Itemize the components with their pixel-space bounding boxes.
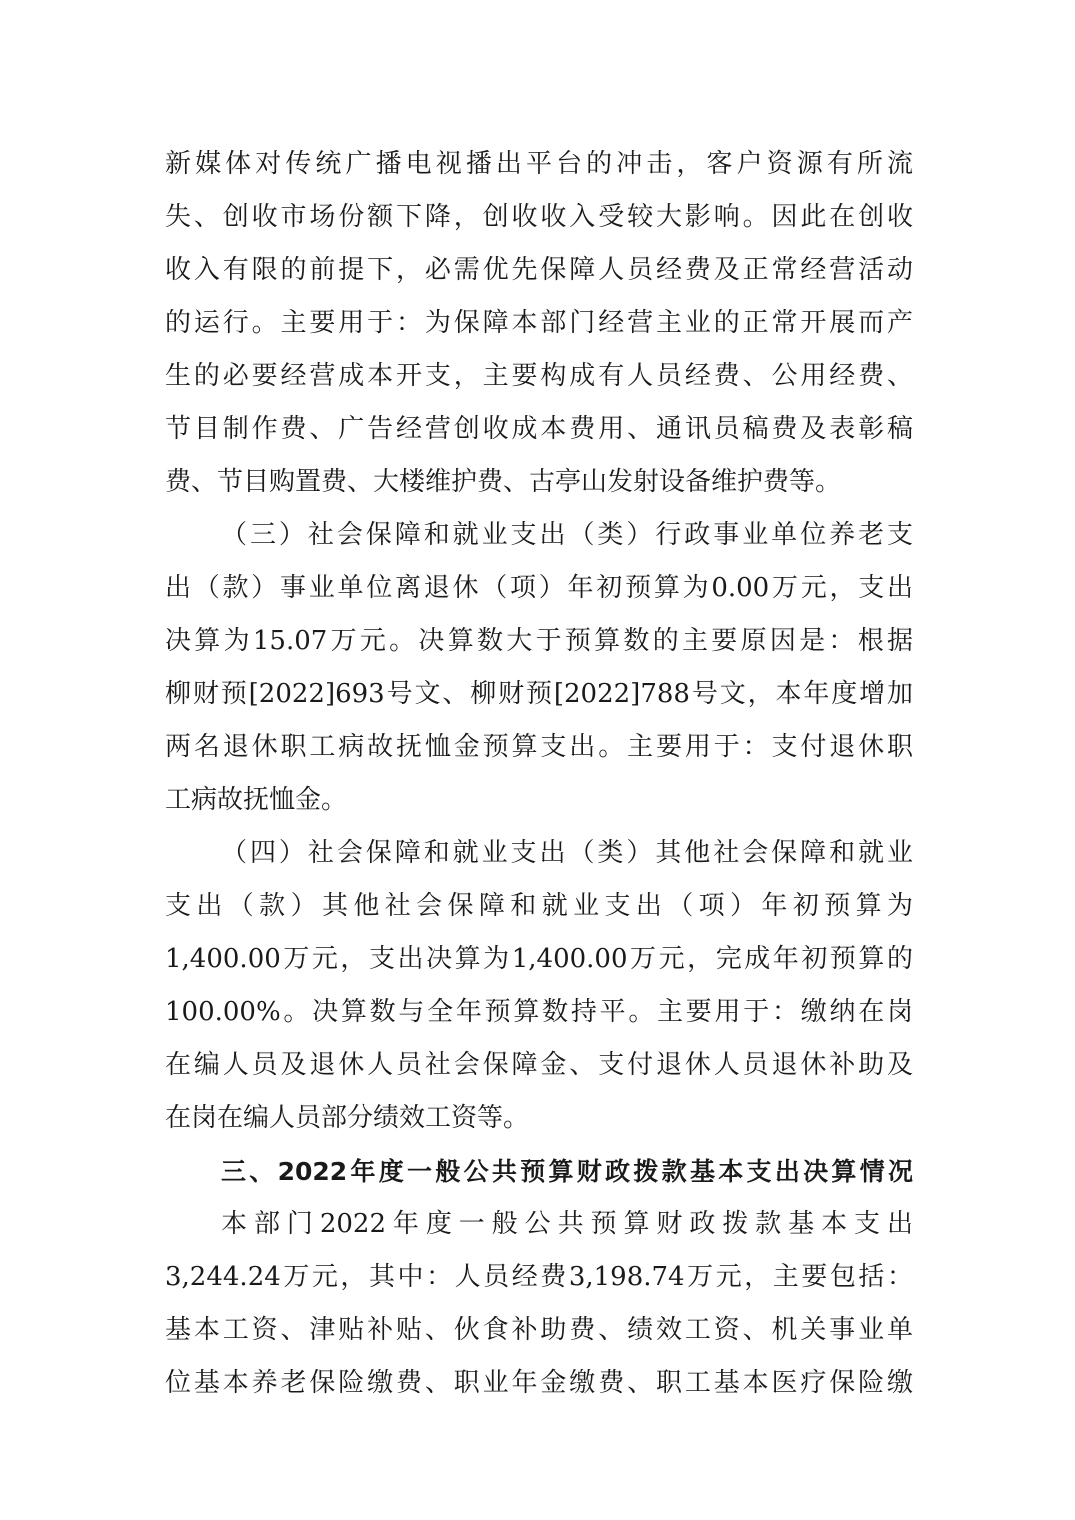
text-line: 3,244.24万元，其中：人员经费3,198.74万元，主要包括：	[165, 1251, 913, 1304]
text-line: 在编人员及退休人员社会保障金、支付退休人员退休补助及	[165, 1039, 913, 1092]
text-line: 收入有限的前提下，必需优先保障人员经费及正常经营活动	[165, 244, 913, 297]
text-line: 位基本养老保险缴费、职业年金缴费、职工基本医疗保险缴	[165, 1357, 913, 1410]
paragraph-operating-costs: 新媒体对传统广播电视播出平台的冲击，客户资源有所流 失、创收市场份额下降，创收收…	[165, 138, 913, 509]
paragraph-basic-expenditure: 本部门2022年度一般公共预算财政拨款基本支出 3,244.24万元，其中：人员…	[165, 1198, 913, 1410]
text-line: 失、创收市场份额下降，创收收入受较大影响。因此在创收	[165, 191, 913, 244]
text-line: 1,400.00万元，支出决算为1,400.00万元，完成年初预算的	[165, 933, 913, 986]
text-line: 费、节目购置费、大楼维护费、古亭山发射设备维护费等。	[165, 456, 913, 509]
document-page: 新媒体对传统广播电视播出平台的冲击，客户资源有所流 失、创收市场份额下降，创收收…	[165, 138, 913, 1410]
text-line: 出（款）事业单位离退休（项）年初预算为0.00万元，支出	[165, 562, 913, 615]
text-line: （四）社会保障和就业支出（类）其他社会保障和就业	[165, 827, 913, 880]
text-line: 生的必要经营成本开支，主要构成有人员经费、公用经费、	[165, 350, 913, 403]
text-line: 柳财预[2022]693号文、柳财预[2022]788号文，本年度增加	[165, 668, 913, 721]
text-line: 支出（款）其他社会保障和就业支出（项）年初预算为	[165, 880, 913, 933]
text-line: 工病故抚恤金。	[165, 774, 913, 827]
paragraph-other-social-security: （四）社会保障和就业支出（类）其他社会保障和就业 支出（款）其他社会保障和就业支…	[165, 827, 913, 1145]
text-line: 100.00%。决算数与全年预算数持平。主要用于：缴纳在岗	[165, 986, 913, 1039]
text-line: 新媒体对传统广播电视播出平台的冲击，客户资源有所流	[165, 138, 913, 191]
text-line: 基本工资、津贴补贴、伙食补助费、绩效工资、机关事业单	[165, 1304, 913, 1357]
text-line: 本部门2022年度一般公共预算财政拨款基本支出	[165, 1198, 913, 1251]
text-line: 节目制作费、广告经营创收成本费用、通讯员稿费及表彰稿	[165, 403, 913, 456]
paragraph-retirement-expenditure: （三）社会保障和就业支出（类）行政事业单位养老支 出（款）事业单位离退休（项）年…	[165, 509, 913, 827]
text-line: （三）社会保障和就业支出（类）行政事业单位养老支	[165, 509, 913, 562]
section-heading: 三、2022年度一般公共预算财政拨款基本支出决算情况	[165, 1145, 913, 1198]
text-line: 的运行。主要用于：为保障本部门经营主业的正常开展而产	[165, 297, 913, 350]
text-line: 在岗在编人员部分绩效工资等。	[165, 1092, 913, 1145]
text-line: 决算为15.07万元。决算数大于预算数的主要原因是：根据	[165, 615, 913, 668]
text-line: 两名退休职工病故抚恤金预算支出。主要用于：支付退休职	[165, 721, 913, 774]
